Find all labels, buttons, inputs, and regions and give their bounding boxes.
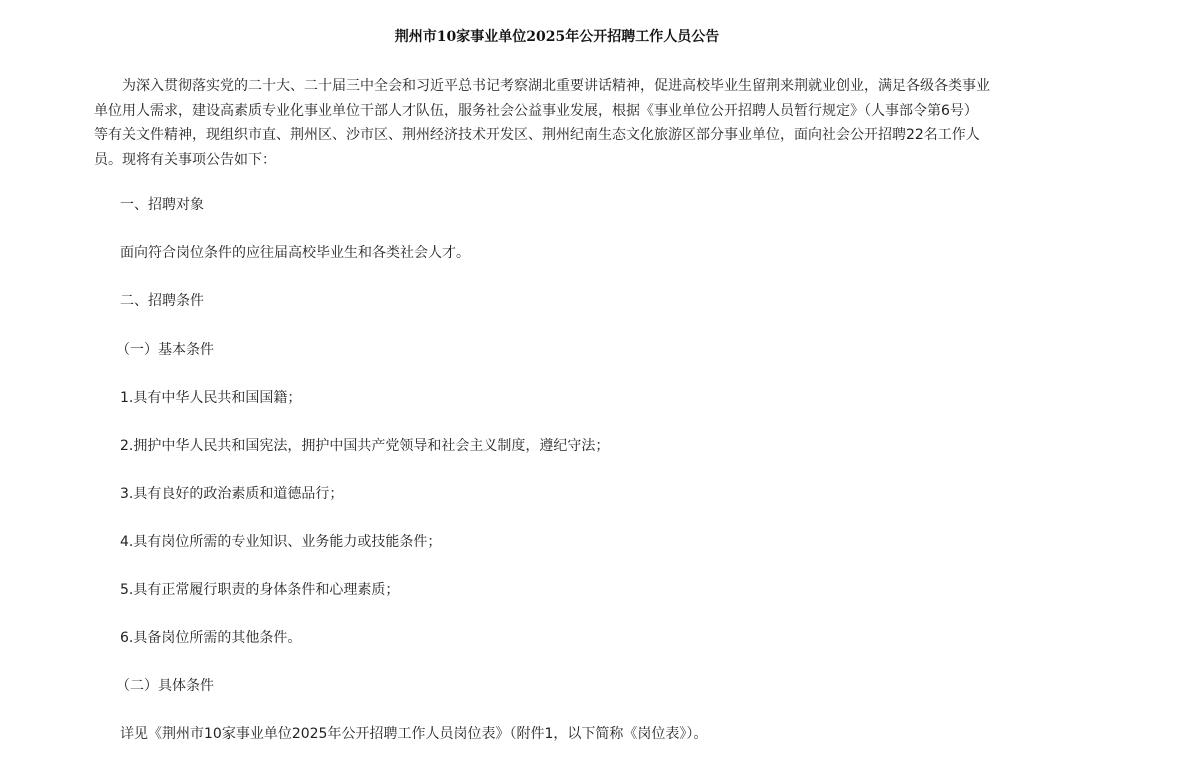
- subsection-heading-basic-conditions: （一）基本条件: [116, 339, 214, 359]
- document-title: 荆州市10家事业单位2025年公开招聘工作人员公告: [0, 26, 1114, 46]
- section-heading-recruitment-conditions: 二、招聘条件: [120, 290, 204, 310]
- subsection-heading-specific-conditions: （二）具体条件: [116, 675, 214, 695]
- section-heading-recruitment-target: 一、招聘对象: [120, 194, 204, 214]
- intro-line: 员。现将有关事项公告如下：: [94, 148, 994, 173]
- section-body-recruitment-target: 面向符合岗位条件的应往届高校毕业生和各类社会人才。: [120, 242, 470, 262]
- intro-paragraph: 为深入贯彻落实党的二十大、二十届三中全会和习近平总书记考察湖北重要讲话精神，促进…: [94, 74, 994, 172]
- basic-condition-item: 3.具有良好的政治素质和道德品行；: [120, 483, 343, 503]
- basic-condition-item: 5.具有正常履行职责的身体条件和心理素质；: [120, 579, 399, 599]
- basic-condition-item: 2.拥护中华人民共和国宪法，拥护中国共产党领导和社会主义制度，遵纪守法；: [120, 435, 609, 455]
- basic-condition-item: 6.具备岗位所需的其他条件。: [120, 627, 301, 647]
- basic-condition-item: 4.具有岗位所需的专业知识、业务能力或技能条件；: [120, 531, 441, 551]
- intro-line: 为深入贯彻落实党的二十大、二十届三中全会和习近平总书记考察湖北重要讲话精神，促进…: [94, 74, 994, 99]
- intro-line: 等有关文件精神，现组织市直、荆州区、沙市区、荆州经济技术开发区、荆州纪南生态文化…: [94, 123, 994, 148]
- basic-condition-item: 1.具有中华人民共和国国籍；: [120, 387, 301, 407]
- intro-line: 单位用人需求，建设高素质专业化事业单位干部人才队伍，服务社会公益事业发展，根据《…: [94, 99, 994, 124]
- subsection-body-specific-conditions: 详见《荆州市10家事业单位2025年公开招聘工作人员岗位表》（附件1，以下简称《…: [120, 723, 707, 743]
